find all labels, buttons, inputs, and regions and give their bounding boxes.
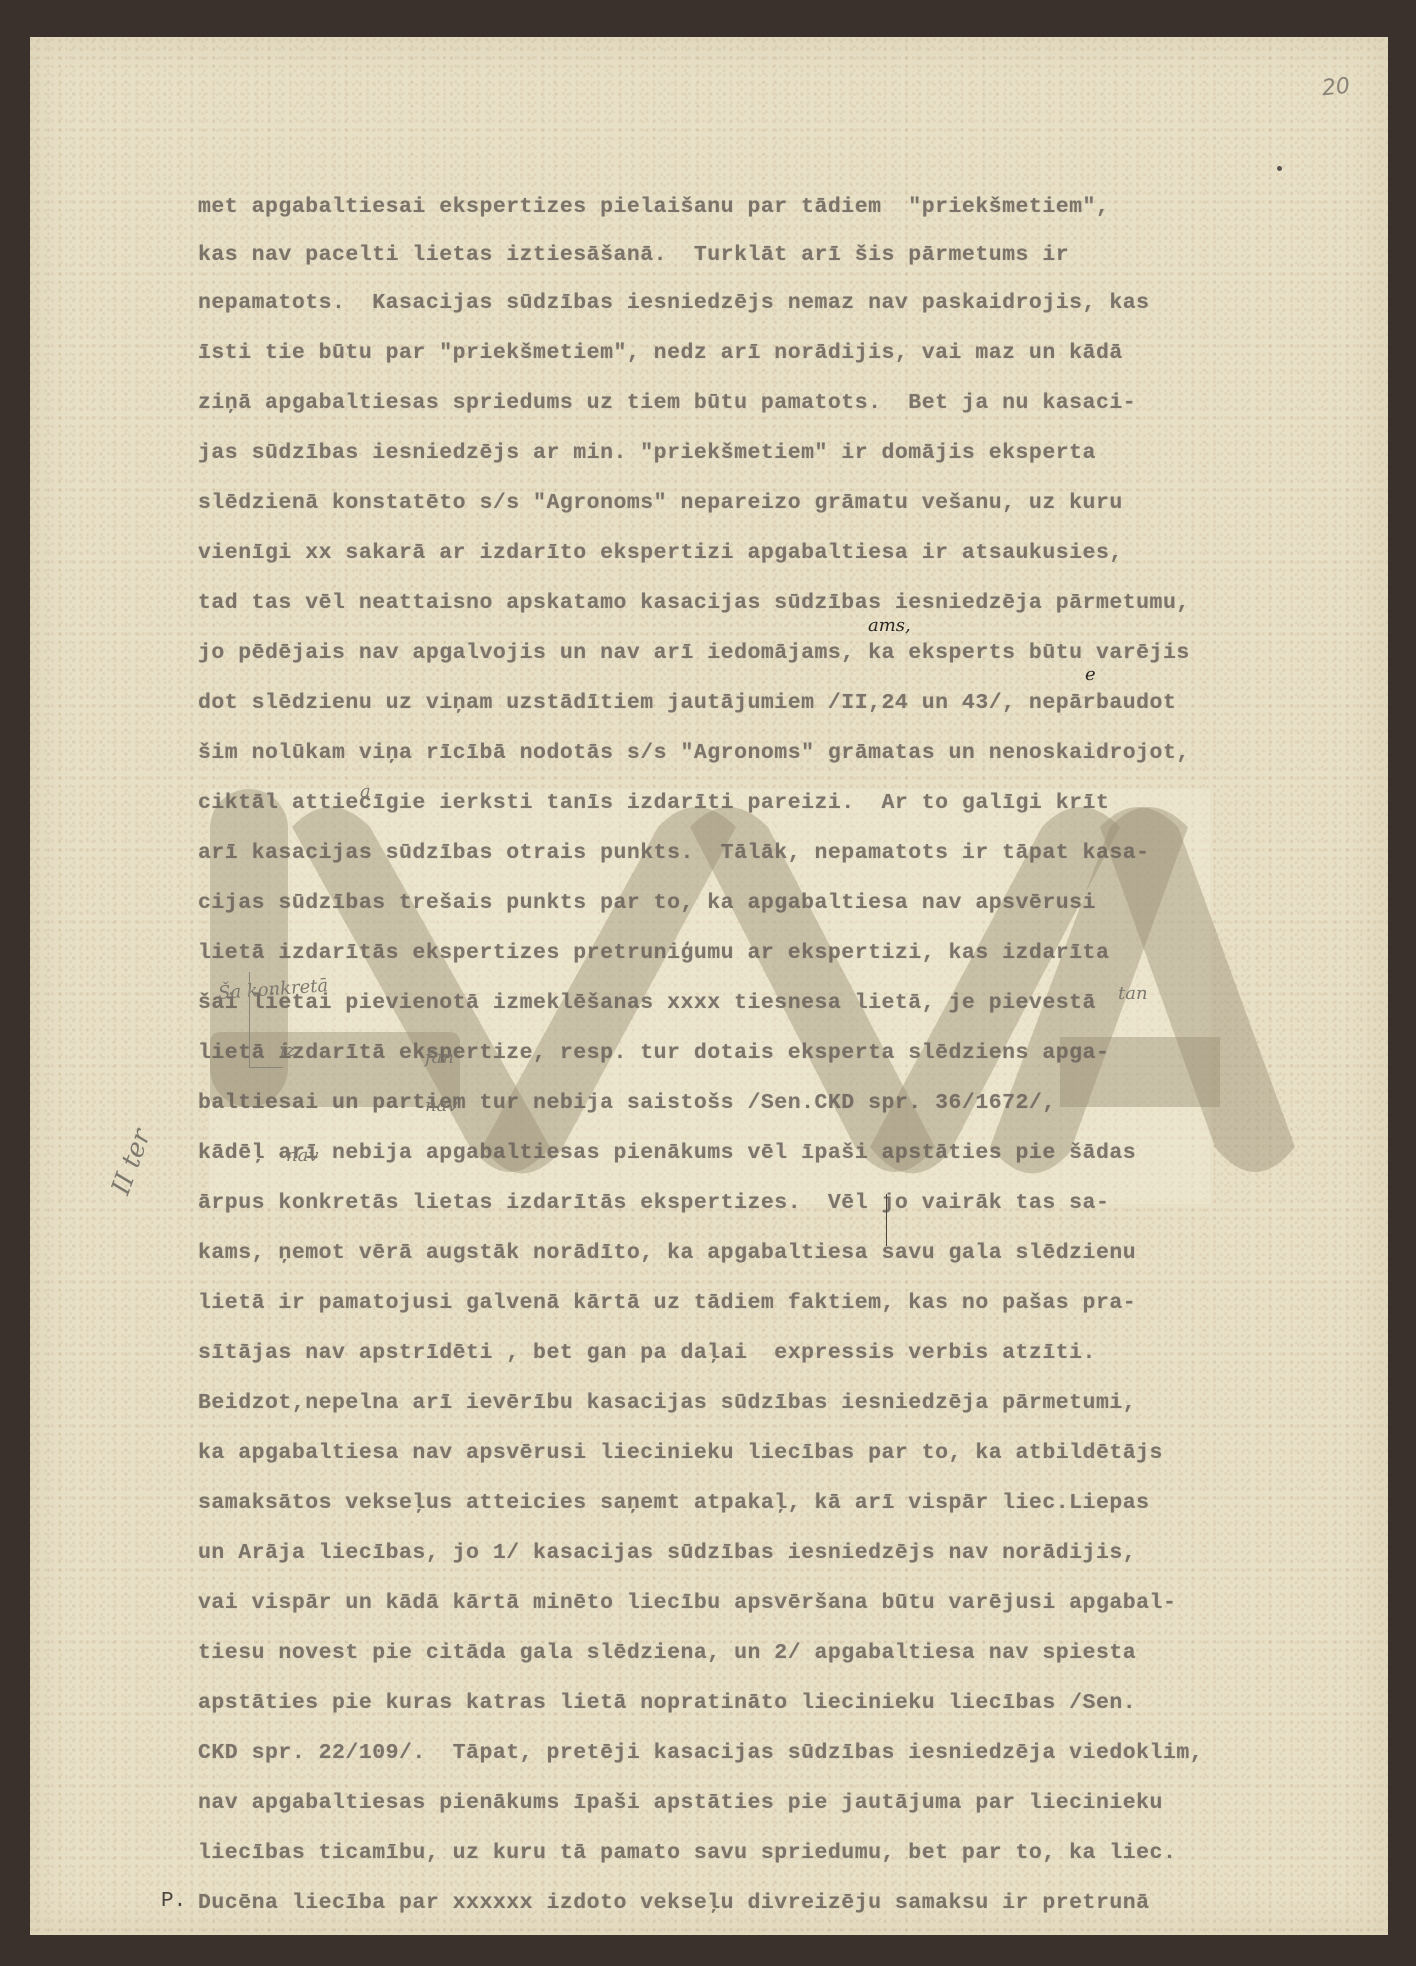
ink-insert-ams: ams,	[868, 615, 911, 636]
text-line: slēdzienā konstatēto s/s "Agronoms" nepa…	[198, 491, 1123, 515]
text-line: īsti tie būtu par "priekšmetiem", nedz a…	[198, 341, 1123, 365]
text-line: samaksātos vekseļus atteicies saņemt atp…	[198, 1491, 1150, 1515]
text-line: lietā ir pamatojusi galvenā kārtā uz tād…	[198, 1291, 1136, 1315]
text-line: tiesu novest pie citāda gala slēdziena, …	[198, 1641, 1136, 1665]
end-bracket	[876, 1194, 887, 1246]
text-line: sītājas nav apstrīdēti , bet gan pa daļa…	[198, 1341, 1096, 1365]
text-line: apstāties pie kuras katras lietā noprati…	[198, 1691, 1136, 1715]
line-prefix: P.	[161, 1890, 186, 1913]
text-line: ārpus konkretās lietas izdarītās ekspert…	[198, 1191, 1109, 1215]
insert-nav-2: nav	[286, 1145, 319, 1166]
text-line: CKD spr. 22/109/. Tāpat, pretēji kasacij…	[198, 1741, 1203, 1765]
pencil-insert-a: a	[360, 781, 371, 802]
document-page: 20 met apgabaltiesai ekspertizes pielaiš…	[30, 37, 1388, 1935]
text-line: šai lietai pievienotā izmeklēšanas xxxx …	[198, 991, 1096, 1015]
text-line: arī kasacijas sūdzības otrais punkts. Tā…	[198, 841, 1150, 865]
text-line: baltiesai un partiem tur nebija saistošs…	[198, 1091, 1056, 1115]
margin-bracket-foot	[249, 1067, 283, 1068]
text-line: met apgabaltiesai ekspertizes pielaišanu…	[198, 195, 1109, 219]
text-line: kādēļ arī nebija apgabaltiesas pienākums…	[198, 1141, 1136, 1165]
folio-number: 20	[1321, 74, 1351, 102]
text-line: dot slēdzienu uz viņam uzstādītiem jautā…	[198, 691, 1176, 715]
text-line: lietā izdarītā ekspertize, resp. tur dot…	[198, 1041, 1109, 1065]
text-line: jo pēdējais nav apgalvojis un nav arī ie…	[198, 641, 1190, 665]
margin-bracket	[249, 972, 250, 1068]
text-line: un Arāja liecības, jo 1/ kasacijas sūdzī…	[198, 1541, 1136, 1565]
text-line: Ducēna liecība par xxxxxx izdoto vekseļu…	[198, 1891, 1150, 1915]
insert-nav: nav	[425, 1095, 458, 1116]
text-line: nepamatots. Kasacijas sūdzības iesniedzē…	[198, 291, 1150, 315]
text-line: Beidzot,nepelna arī ievērību kasacijas s…	[198, 1391, 1136, 1415]
text-line: tad tas vēl neattaisno apskatamo kasacij…	[198, 591, 1190, 615]
insert-fan: fan	[425, 1047, 454, 1068]
text-line: lietā izdarītās ekspertizes pretruniģumu…	[198, 941, 1109, 965]
text-line: šim nolūkam viņa rīcībā nodotās s/s "Agr…	[198, 741, 1190, 765]
text-line: kas nav pacelti lietas iztiesāšanā. Turk…	[198, 243, 1069, 267]
margin-vertical-note: II ter	[106, 1125, 157, 1198]
text-line: ciktāl attiecīgie ierksti tanīs izdarīti…	[198, 791, 1109, 815]
text-line: vienīgi xx sakarā ar izdarīto ekspertizi…	[198, 541, 1123, 565]
text-line: nav apgabaltiesas pienākums īpaši apstāt…	[198, 1791, 1163, 1815]
margin-note-iz: iz	[280, 1040, 295, 1061]
text-line: ziņā apgabaltiesas spriedums uz tiem būt…	[198, 391, 1136, 415]
insert-tan: tan	[1118, 983, 1148, 1004]
ink-insert-e: e	[1085, 664, 1096, 685]
text-line: ka apgabaltiesa nav apsvērusi liecinieku…	[198, 1441, 1163, 1465]
text-line: liecības ticamību, uz kuru tā pamato sav…	[198, 1841, 1176, 1865]
margin-dot	[1277, 166, 1282, 171]
text-line: kams, ņemot vērā augstāk norādīto, ka ap…	[198, 1241, 1136, 1265]
text-line: vai vispār un kādā kārtā minēto liecību …	[198, 1591, 1176, 1615]
text-line: jas sūdzības iesniedzējs ar min. "priekš…	[198, 441, 1096, 465]
text-line: cijas sūdzības trešais punkts par to, ka…	[198, 891, 1096, 915]
